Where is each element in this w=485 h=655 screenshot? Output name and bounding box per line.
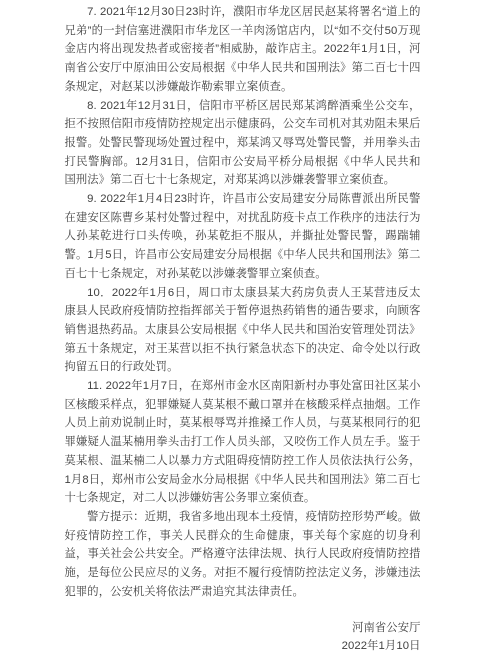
signature-org: 河南省公安厅 [65, 619, 421, 638]
signature-block: 河南省公安厅 2022年1月10日 [65, 619, 421, 655]
police-notice-paragraph: 警方提示：近期，我省多地出现本土疫情，疫情防控形势严峻。做好疫情防控工作，事关人… [65, 508, 421, 602]
case-paragraph-7: 7. 2021年12月30日23时许，濮阳市华龙区居民赵某将署名“道上的兄弟”的… [65, 3, 421, 97]
signature-date: 2022年1月10日 [65, 637, 421, 655]
case-paragraph-9: 9. 2022年1月4日23时许，许昌市公安局建安分局陈曹派出所民警在建安区陈曹… [65, 190, 421, 284]
case-paragraph-8: 8. 2021年12月31日，信阳市平桥区居民郑某鸿醉酒乘坐公交车，拒不按照信阳… [65, 97, 421, 191]
case-paragraph-11: 11. 2022年1月7日，在郑州市金水区南阳新村办事处富田社区某小区核酸采样点… [65, 377, 421, 508]
document-body: 7. 2021年12月30日23时许，濮阳市华龙区居民赵某将署名“道上的兄弟”的… [65, 0, 421, 655]
case-paragraph-10: 10．2022年1月6日，周口市太康县某大药房负责人王某营违反太康县人民政府疫情… [65, 284, 421, 378]
